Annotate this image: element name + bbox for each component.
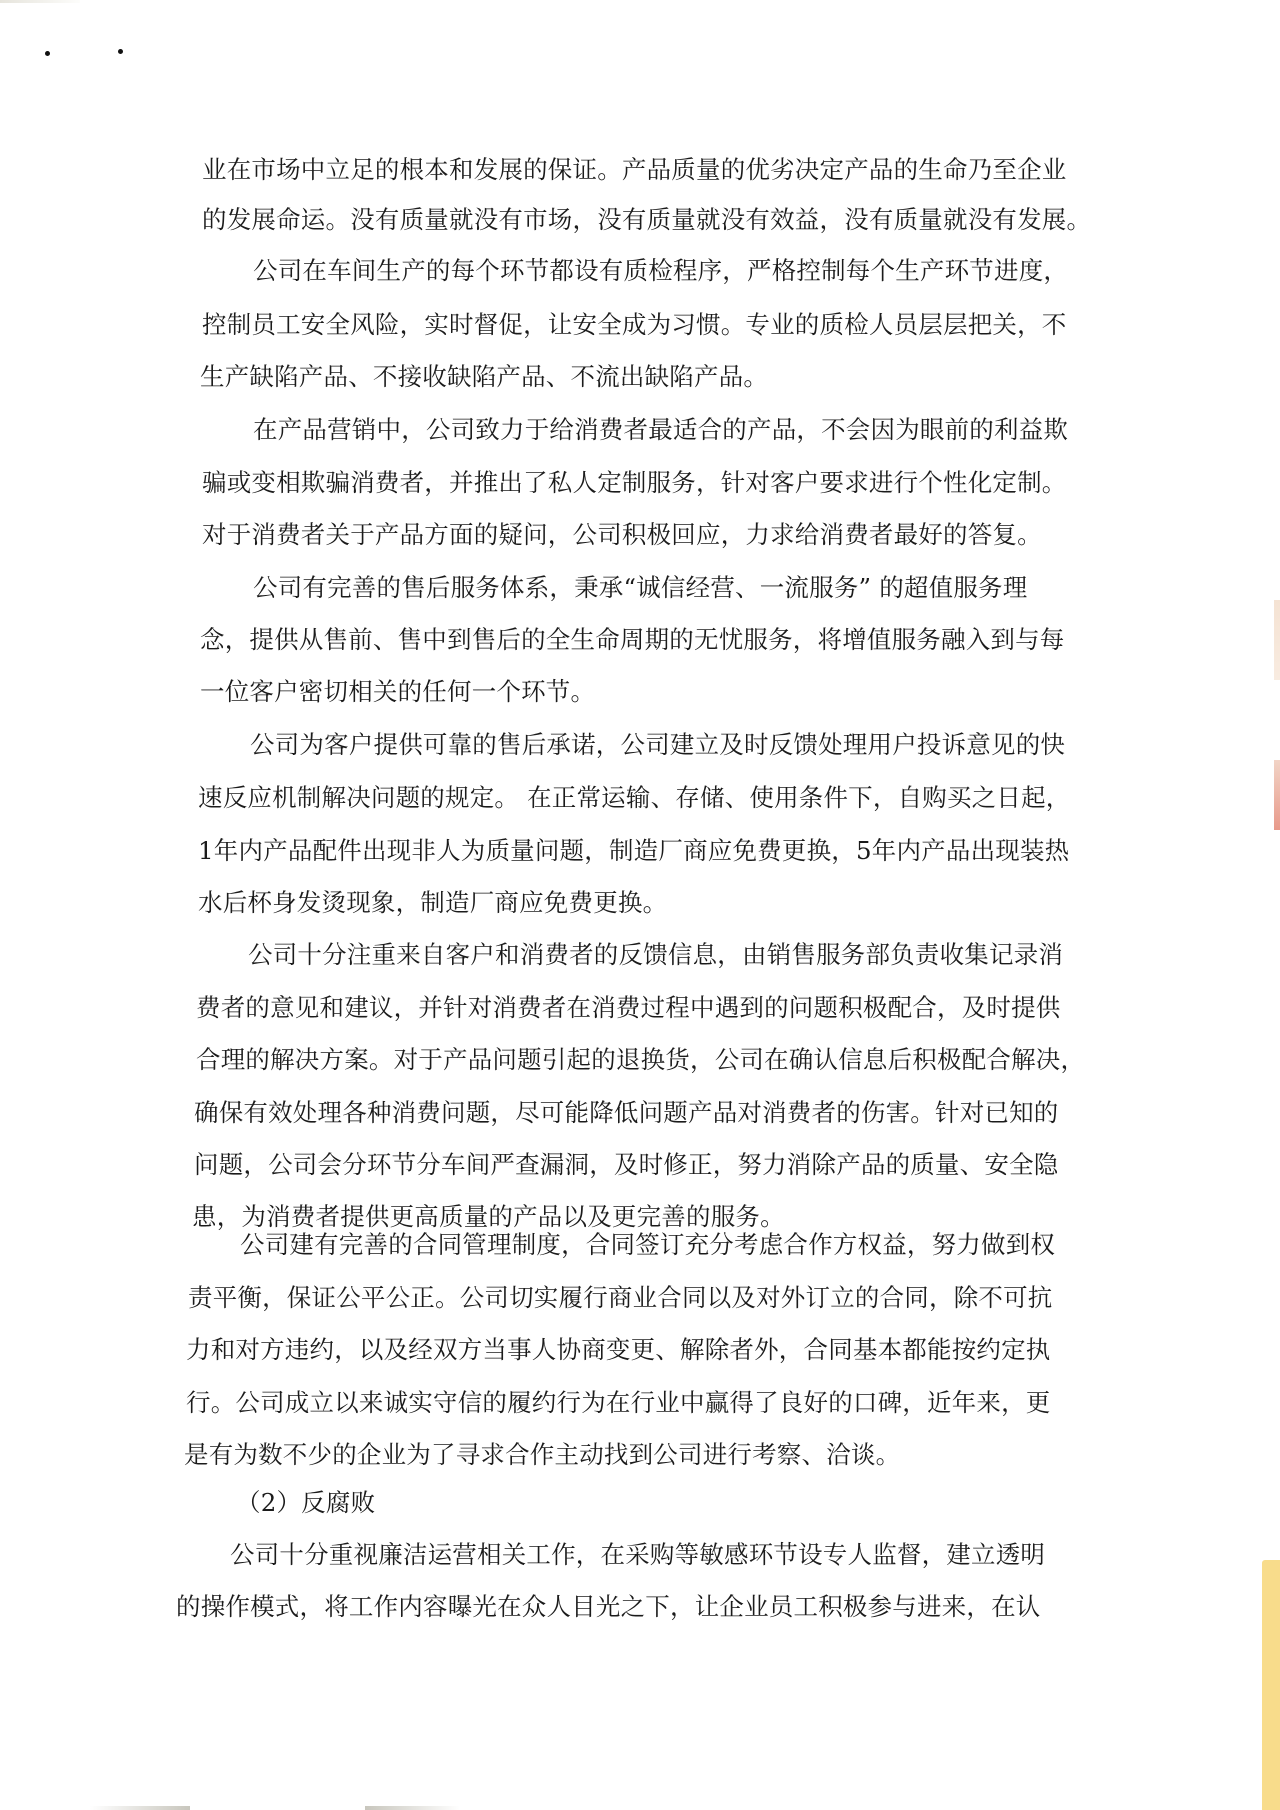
text-line: 患，为消费者提供更高质量的产品以及更完善的服务。 — [192, 1202, 785, 1232]
text-line: 业在市场中立足的根本和发展的保证。产品质量的优劣决定产品的生命乃至企业 — [202, 155, 1067, 185]
section-heading: （2）反腐败 — [236, 1488, 375, 1518]
text-line: 对于消费者关于产品方面的疑问，公司积极回应，力求给消费者最好的答复。 — [202, 520, 1042, 550]
text-line: 力和对方违约，以及经双方当事人协商变更、解除者外，合同基本都能按约定执 — [186, 1335, 1051, 1365]
page-curl-shadow — [90, 1806, 190, 1810]
text-line: 控制员工安全风险，实时督促，让安全成为习惯。专业的质检人员层层把关，不 — [202, 310, 1067, 340]
adjacent-page-edge-mark — [1274, 600, 1280, 680]
text-line: 行。公司成立以来诚实守信的履约行为在行业中赢得了良好的口碑，近年来，更 — [186, 1388, 1051, 1418]
text-line: 一位客户密切相关的任何一个环节。 — [200, 677, 595, 707]
text-line: 公司建有完善的合同管理制度，合同签订充分考虑合作方权益，努力做到权 — [240, 1230, 1055, 1260]
text-line: 速反应机制解决问题的规定。 在正常运输、存储、使用条件下，自购买之日起， — [198, 783, 1070, 813]
text-line: 是有为数不少的企业为了寻求合作主动找到公司进行考察、洽谈。 — [184, 1440, 900, 1470]
text-line: 的发展命运。没有质量就没有市场，没有质量就没有效益，没有质量就没有发展。 — [202, 205, 1091, 235]
text-line: 公司十分重视廉洁运营相关工作，在采购等敏感环节设专人监督，建立透明 — [230, 1540, 1045, 1570]
text-line: 公司在车间生产的每个环节都设有质检程序，严格控制每个生产环节进度， — [253, 256, 1068, 286]
text-line: 的操作模式，将工作内容曝光在众人目光之下，让企业员工积极参与进来，在认 — [176, 1592, 1041, 1622]
text-line: 合理的解决方案。对于产品问题引起的退换货，公司在确认信息后积极配合解决， — [196, 1045, 1085, 1075]
text-line: 费者的意见和建议，并针对消费者在消费过程中遇到的问题积极配合，及时提供 — [196, 993, 1061, 1023]
binding-hole-mark — [45, 51, 50, 56]
text-line: 确保有效处理各种消费问题，尽可能降低问题产品对消费者的伤害。针对已知的 — [194, 1098, 1059, 1128]
text-line: 公司为客户提供可靠的售后承诺，公司建立及时反馈处理用户投诉意见的快 — [250, 730, 1065, 760]
text-line: 水后杯身发烫现象，制造厂商应免费更换。 — [198, 888, 667, 918]
page-curl-shadow — [365, 1806, 460, 1810]
text-line: 公司有完善的售后服务体系，秉承“诚信经营、一流服务” 的超值服务理 — [253, 573, 1027, 603]
sticky-note-tab — [1262, 1560, 1280, 1810]
text-line: 在产品营销中，公司致力于给消费者最适合的产品，不会因为眼前的利益欺 — [253, 415, 1068, 445]
text-line: 责平衡，保证公平公正。公司切实履行商业合同以及对外订立的合同，除不可抗 — [188, 1283, 1053, 1313]
text-line: 问题，公司会分环节分车间严查漏洞，及时修正，努力消除产品的质量、安全隐 — [194, 1150, 1059, 1180]
scanned-document-page: 业在市场中立足的根本和发展的保证。产品质量的优劣决定产品的生命乃至企业 的发展命… — [0, 0, 1280, 1810]
text-line: 公司十分注重来自客户和消费者的反馈信息，由销售服务部负责收集记录消 — [248, 940, 1063, 970]
adjacent-page-stamp-mark — [1274, 760, 1280, 830]
text-line: 生产缺陷产品、不接收缺陷产品、不流出缺陷产品。 — [200, 362, 768, 392]
text-line: 1年内产品配件出现非人为质量问题，制造厂商应免费更换，5年内产品出现装热 — [198, 836, 1069, 866]
binding-hole-mark — [118, 49, 123, 54]
text-line: 念，提供从售前、售中到售后的全生命周期的无忧服务，将增值服务融入到与每 — [200, 625, 1065, 655]
scan-edge-shadow — [0, 0, 80, 3]
text-line: 骗或变相欺骗消费者，并推出了私人定制服务，针对客户要求进行个性化定制。 — [202, 468, 1067, 498]
